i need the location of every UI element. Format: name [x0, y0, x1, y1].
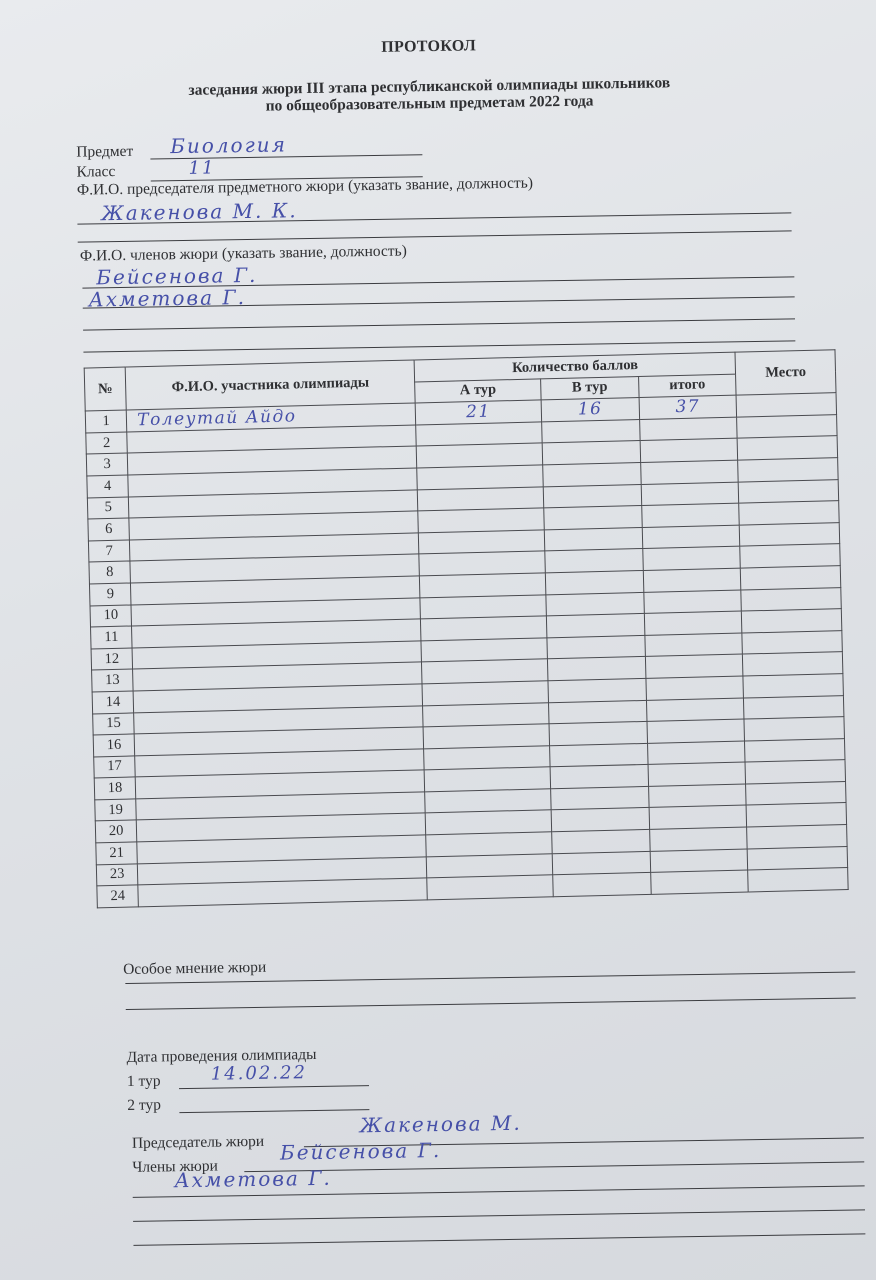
round1-line [179, 1085, 369, 1089]
cell-num: 6 [88, 518, 130, 541]
cell-a-round[interactable] [424, 767, 550, 792]
cell-total[interactable]: 37 [639, 395, 737, 419]
cell-a-round[interactable] [416, 443, 542, 468]
cell-a-round[interactable] [422, 659, 548, 684]
cell-num: 10 [90, 605, 132, 628]
cell-a-round[interactable] [417, 465, 543, 490]
cell-b-round[interactable] [553, 873, 651, 897]
round2-line [179, 1109, 369, 1113]
cell-b-round[interactable] [549, 700, 647, 724]
cell-b-round[interactable] [542, 441, 640, 465]
cell-num: 11 [91, 626, 133, 649]
cell-a-round[interactable] [422, 681, 548, 706]
cell-total[interactable] [641, 482, 739, 506]
cell-b-round[interactable] [544, 506, 642, 530]
cell-name-value: Толеутай Айдо [137, 407, 297, 431]
cell-total[interactable] [649, 805, 747, 829]
cell-num: 18 [94, 777, 136, 800]
cell-num: 14 [92, 691, 134, 714]
cell-total[interactable] [645, 654, 743, 678]
cell-a-round[interactable] [423, 724, 549, 749]
header-num: № [84, 367, 126, 411]
cell-total[interactable] [642, 546, 740, 570]
cell-place[interactable] [744, 695, 844, 719]
cell-num: 8 [89, 561, 131, 584]
cell-a-round[interactable] [417, 486, 543, 511]
cell-place[interactable] [743, 674, 843, 698]
cell-place[interactable] [737, 436, 837, 460]
cell-b-round[interactable] [542, 419, 640, 443]
cell-b-round[interactable] [547, 635, 645, 659]
cell-total[interactable] [644, 611, 742, 635]
cell-a-round[interactable] [418, 530, 544, 555]
cell-b-round[interactable] [547, 657, 645, 681]
cell-place[interactable] [745, 760, 845, 784]
cell-place[interactable] [740, 544, 840, 568]
cell-total[interactable] [645, 633, 743, 657]
cell-place[interactable] [743, 652, 843, 676]
cell-b-round[interactable] [545, 549, 643, 573]
cell-total[interactable] [640, 460, 738, 484]
chair-sign-value[interactable]: Жакенова М. [359, 1111, 522, 1138]
cell-place[interactable] [736, 393, 836, 417]
cell-place[interactable] [738, 479, 838, 503]
cell-place[interactable] [742, 609, 842, 633]
cell-a-round[interactable] [426, 853, 552, 878]
cell-a-round[interactable] [419, 551, 545, 576]
chair-line-2 [78, 230, 792, 242]
cell-num: 12 [91, 648, 133, 671]
member-sign-value-2[interactable]: Ахметова Г. [174, 1166, 332, 1192]
cell-b-round[interactable] [550, 765, 648, 789]
cell-total[interactable] [641, 503, 739, 527]
cell-total[interactable] [649, 827, 747, 851]
cell-num: 9 [89, 583, 131, 606]
chair-value[interactable]: Жакенова М. К. [101, 198, 298, 225]
cell-a-round[interactable] [421, 638, 547, 663]
cell-place[interactable] [746, 781, 846, 805]
cell-num: 7 [88, 540, 130, 563]
cell-b-round[interactable] [549, 722, 647, 746]
cell-b-round[interactable] [552, 829, 650, 853]
cell-place[interactable] [747, 825, 847, 849]
cell-a-round[interactable] [420, 594, 546, 619]
cell-place[interactable] [746, 803, 846, 827]
cell-a-round[interactable] [418, 508, 544, 533]
cell-place[interactable] [748, 868, 848, 892]
cell-place[interactable] [741, 587, 841, 611]
cell-place[interactable] [744, 717, 844, 741]
cell-b-round-value: 16 [578, 399, 603, 420]
members-line-3 [83, 318, 795, 330]
results-body: 1Толеутай Айдо21163723456789101112131415… [85, 393, 848, 908]
results-table: № Ф.И.О. участника олимпиады Количество … [84, 349, 849, 908]
members-line-4 [83, 340, 795, 352]
special-opinion-label: Особое мнение жюри [123, 959, 266, 979]
cell-b-round[interactable] [551, 786, 649, 810]
cell-total[interactable] [646, 676, 744, 700]
cell-total[interactable] [646, 698, 744, 722]
cell-a-round[interactable] [425, 789, 551, 814]
cell-b-round[interactable] [546, 614, 644, 638]
cell-place[interactable] [740, 522, 840, 546]
cell-b-round[interactable] [550, 743, 648, 767]
protocol-page: ПРОТОКОЛ заседания жюри III этапа респуб… [0, 0, 876, 1280]
cell-num: 23 [96, 864, 138, 887]
members-sign-line-3 [133, 1209, 865, 1221]
cell-a-round[interactable] [416, 422, 542, 447]
cell-a-round-value: 21 [466, 402, 491, 423]
cell-num: 17 [94, 756, 136, 779]
cell-b-round[interactable] [552, 851, 650, 875]
cell-total[interactable] [647, 719, 745, 743]
cell-place[interactable] [747, 846, 847, 870]
cell-a-round[interactable] [420, 573, 546, 598]
cell-num: 15 [93, 712, 135, 735]
cell-total[interactable] [640, 438, 738, 462]
cell-num: 3 [86, 453, 128, 476]
cell-num: 1 [85, 410, 127, 433]
cell-b-round[interactable] [548, 678, 646, 702]
cell-num: 2 [86, 432, 128, 455]
document-subtitle: заседания жюри III этапа республиканской… [31, 72, 827, 118]
cell-b-round[interactable]: 16 [541, 398, 639, 422]
cell-a-round[interactable] [426, 832, 552, 857]
cell-total[interactable] [639, 417, 737, 441]
cell-a-round[interactable]: 21 [415, 400, 541, 425]
cell-b-round[interactable] [543, 484, 641, 508]
cell-place[interactable] [742, 630, 842, 654]
header-b-round: В тур [541, 376, 639, 400]
header-place: Место [735, 350, 836, 396]
chair-label: Ф.И.О. председателя предметного жюри (ук… [77, 174, 533, 199]
special-opinion-line-2 [126, 998, 856, 1010]
cell-place[interactable] [741, 566, 841, 590]
members-sign-line-4 [133, 1233, 865, 1245]
cell-place[interactable] [738, 458, 838, 482]
cell-num: 20 [95, 820, 137, 843]
cell-b-round[interactable] [545, 570, 643, 594]
cell-num: 24 [97, 885, 139, 908]
cell-a-round[interactable] [425, 810, 551, 835]
cell-total-value: 37 [675, 397, 700, 418]
header-a-round: А тур [415, 378, 541, 403]
cell-a-round[interactable] [421, 616, 547, 641]
cell-place[interactable] [745, 738, 845, 762]
cell-place[interactable] [737, 414, 837, 438]
subject-value[interactable]: Биология [170, 132, 287, 158]
cell-num: 13 [92, 669, 134, 692]
cell-a-round[interactable] [424, 745, 550, 770]
cell-total[interactable] [647, 741, 745, 765]
cell-total[interactable] [648, 784, 746, 808]
subject-label: Предмет [76, 143, 133, 162]
cell-b-round[interactable] [544, 527, 642, 551]
cell-num: 4 [87, 475, 129, 498]
cell-num: 16 [93, 734, 135, 757]
cell-num: 21 [96, 842, 138, 865]
round2-label: 2 тур [127, 1096, 161, 1115]
cell-total[interactable] [642, 525, 740, 549]
class-value[interactable]: 11 [188, 157, 215, 178]
cell-total[interactable] [643, 568, 741, 592]
cell-total[interactable] [643, 590, 741, 614]
class-label: Класс [76, 163, 115, 182]
header-name: Ф.И.О. участника олимпиады [125, 360, 415, 410]
cell-b-round[interactable] [546, 592, 644, 616]
round1-value[interactable]: 14.02.22 [211, 1062, 307, 1085]
cell-a-round[interactable] [427, 875, 553, 900]
member-sign-value-1[interactable]: Бейсенова Г. [280, 1138, 442, 1165]
member-value-2[interactable]: Ахметова Г. [88, 285, 246, 311]
cell-place[interactable] [739, 501, 839, 525]
cell-a-round[interactable] [423, 702, 549, 727]
cell-b-round[interactable] [551, 808, 649, 832]
cell-total[interactable] [650, 849, 748, 873]
header-total: итого [638, 374, 736, 398]
chair-sign-label: Председатель жюри [132, 1133, 265, 1153]
cell-total[interactable] [648, 762, 746, 786]
cell-num: 19 [95, 799, 137, 822]
document-title: ПРОТОКОЛ [0, 31, 867, 63]
cell-num: 5 [87, 497, 129, 520]
round1-label: 1 тур [127, 1072, 161, 1091]
cell-total[interactable] [650, 870, 748, 894]
cell-b-round[interactable] [543, 462, 641, 486]
